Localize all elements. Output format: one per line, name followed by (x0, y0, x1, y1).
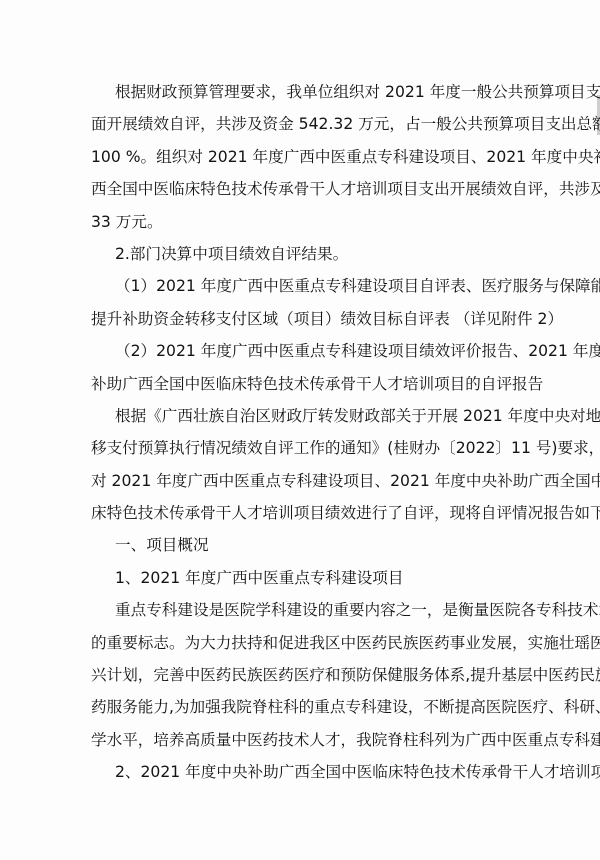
paragraph-line: 移支付预算执行情况绩效自评工作的通知》(桂财办〔2022〕11 号)要求，我院 (91, 432, 511, 464)
paragraph-line: 根据《广西壮族自治区财政厅转发财政部关于开展 2021 年度中央对地方转 (91, 400, 511, 432)
document-body: 根据财政预算管理要求，我单位组织对 2021 年度一般公共预算项目支出全 面开展… (91, 76, 511, 789)
paragraph-line: 对 2021 年度广西中医重点专科建设项目、2021 年度中央补助广西全国中医临 (91, 465, 511, 497)
paragraph-line: 学水平，培养高质量中医药技术人才，我院脊柱科列为广西中医重点专科建设项。 (91, 724, 511, 756)
paragraph-line: 兴计划，完善中医药民族医药医疗和预防保健服务体系,提升基层中医药民族医 (91, 659, 511, 691)
list-item-line: （2）2021 年度广西中医重点专科建设项目绩效评价报告、2021 年度中央 (91, 335, 511, 367)
section-heading: 一、项目概况 (91, 529, 511, 561)
list-item-line: （1）2021 年度广西中医重点专科建设项目自评表、医疗服务与保障能力 (91, 270, 511, 302)
section-heading: 2.部门决算中项目绩效自评结果。 (91, 238, 511, 270)
subsection-heading: 1、2021 年度广西中医重点专科建设项目 (91, 562, 511, 594)
paragraph-line: 西全国中医临床特色技术传承骨干人才培训项目支出开展绩效自评，共涉及资金 (91, 173, 511, 205)
paragraph-line: 床特色技术传承骨干人才培训项目绩效进行了自评，现将自评情况报告如下： (91, 497, 511, 529)
list-item-line: 补助广西全国中医临床特色技术传承骨干人才培训项目的自评报告 (91, 368, 511, 400)
subsection-heading: 2、2021 年度中央补助广西全国中医临床特色技术传承骨干人才培训项目 (91, 756, 511, 788)
document-page: 根据财政预算管理要求，我单位组织对 2021 年度一般公共预算项目支出全 面开展… (0, 0, 600, 860)
paragraph-line: 根据财政预算管理要求，我单位组织对 2021 年度一般公共预算项目支出全 (91, 76, 511, 108)
paragraph-line: 药服务能力,为加强我院脊柱科的重点专科建设，不断提高医院医疗、科研、教 (91, 691, 511, 723)
paragraph-line: 100 %。组织对 2021 年度广西中医重点专科建设项目、2021 年度中央补… (91, 141, 511, 173)
paragraph-line: 重点专科建设是医院学科建设的重要内容之一，是衡量医院各专科技术水平 (91, 594, 511, 626)
list-item-line: 提升补助资金转移支付区域（项目）绩效目标自评表 （详见附件 2） (91, 303, 511, 335)
paragraph-line: 的重要标志。为大力扶持和促进我区中医药民族医药事业发展，实施壮瑶医药振 (91, 627, 511, 659)
paragraph-line: 33 万元。 (91, 206, 511, 238)
paragraph-line: 面开展绩效自评，共涉及资金 542.32 万元，占一般公共预算项目支出总额的 (91, 108, 511, 140)
